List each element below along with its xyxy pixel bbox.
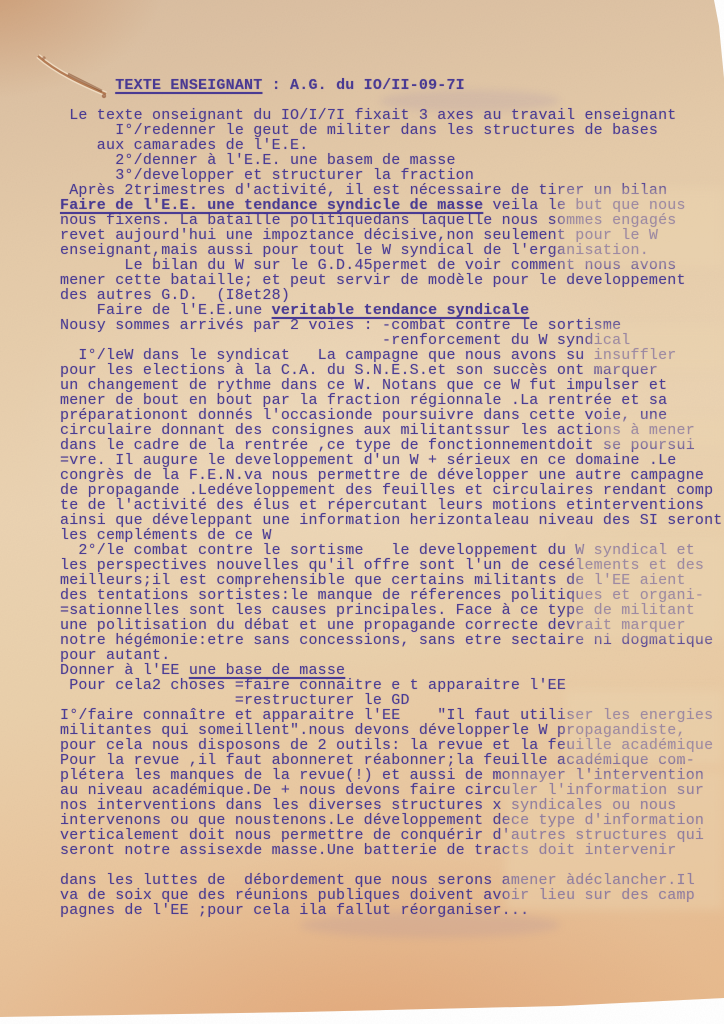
- text-line: nos interventions dans les diverses stru…: [60, 798, 724, 813]
- text-line: au niveau académique.De + nous devons fa…: [60, 783, 724, 798]
- text-line: plétera les manques de la revue(!) et au…: [60, 768, 724, 783]
- text-line: seront notre assisexde masse.Une batteri…: [60, 843, 724, 858]
- text-line: Faire de l'E.E.une veritable tendance sy…: [60, 303, 724, 318]
- text-line: dans les luttes de débordement que nous …: [60, 873, 724, 888]
- text-line: aux camarades de l'E.E.: [60, 138, 724, 153]
- text-line: =sationnelles sont les causes principale…: [60, 603, 724, 618]
- text-line: un changement de rythme dans ce W. Notan…: [60, 378, 724, 393]
- text-line: -renforcement du W syndical: [60, 333, 724, 348]
- text-line: mener cette bataille; et peut servir de …: [60, 273, 724, 288]
- text-line: Nousy sommes arrivés par 2 voies : -comb…: [60, 318, 724, 333]
- text-line: des tentations sortistes:le manque de ré…: [60, 588, 724, 603]
- text-line: notre hégémonie:etre sans concessions, s…: [60, 633, 724, 648]
- text-line: intervenons ou que noustenons.Le dévelop…: [60, 813, 724, 828]
- text-line: pour autant.: [60, 648, 724, 663]
- text-line: 2°/denner à l'E.E. une basem de masse: [60, 153, 724, 168]
- text-line: des autres G.D. (I8et28): [60, 288, 724, 303]
- text-line: Le bilan du W sur le G.D.45permet de voi…: [60, 258, 724, 273]
- text-line: Pour la revue ,il faut abonneret réabonn…: [60, 753, 724, 768]
- text-line: Pour cela2 choses =faire connaitre e t a…: [60, 678, 724, 693]
- text-line: congrès de la F.E.N.va nous permettre de…: [60, 468, 724, 483]
- text-line: =vre. Il augure le developpement d'un W …: [60, 453, 724, 468]
- text-line: TEXTE ENSEIGNANT : A.G. du IO/II-09-7I: [60, 78, 724, 93]
- text-line: circulaire donnant des consignes aux mil…: [60, 423, 724, 438]
- text-line: I°/leW dans le syndicat La campagne que …: [60, 348, 724, 363]
- text-line: [60, 858, 724, 873]
- text-line: mener de bout en bout par la fraction ré…: [60, 393, 724, 408]
- text-line: une politisation du débat et une propaga…: [60, 618, 724, 633]
- text-line: militantes qui someillent".nous devons d…: [60, 723, 724, 738]
- text-line: dans le cadre de la rentrée ,ce type de …: [60, 438, 724, 453]
- text-line: pour les elections à la C.A. du S.N.E.S.…: [60, 363, 724, 378]
- text-line: te de l'activité des élus et répercutant…: [60, 498, 724, 513]
- text-line: pour cela nous disposons de 2 outils: la…: [60, 738, 724, 753]
- text-line: 3°/developper et structurer la fraction: [60, 168, 724, 183]
- text-line: Après 2trimestres d'activité, il est néc…: [60, 183, 724, 198]
- text-line: [60, 93, 724, 108]
- text-line: les cempléments de ce W: [60, 528, 724, 543]
- text-line: les perspectives nouvelles qu'il offre s…: [60, 558, 724, 573]
- text-line: enseignant,mais aussi pour tout le W syn…: [60, 243, 724, 258]
- text-line: Faire de l'E.E. une tendance syndicle de…: [60, 198, 724, 213]
- text-line: Donner à l'EE une base de masse: [60, 663, 724, 678]
- text-line: meilleurs;il est comprehensible que cert…: [60, 573, 724, 588]
- text-line: I°/faire connaître et apparaitre l'EE "I…: [60, 708, 724, 723]
- text-line: préparationont donnés l'occasionde pours…: [60, 408, 724, 423]
- text-line: de propagande .Ledéveloppement des feuil…: [60, 483, 724, 498]
- text-line: I°/redenner le geut de militer dans les …: [60, 123, 724, 138]
- text-line: pagnes de l'EE ;pour cela ila fallut réo…: [60, 903, 724, 918]
- text-line: ainsi que déveleppant une information he…: [60, 513, 724, 528]
- text-line: 2°/le combat contre le sortisme le devel…: [60, 543, 724, 558]
- text-line: nous fixens. La bataille politiquedans l…: [60, 213, 724, 228]
- document-text: TEXTE ENSEIGNANT : A.G. du IO/II-09-7I L…: [60, 78, 724, 918]
- text-line: revet aujourd'hui une impoztance décisiv…: [60, 228, 724, 243]
- text-line: =restructurer le GD: [60, 693, 724, 708]
- text-line: va de soix que des réunions publiques do…: [60, 888, 724, 903]
- text-line: verticalement doit nous permettre de con…: [60, 828, 724, 843]
- text-line: Le texte onseignant du IO/I/7I fixait 3 …: [60, 108, 724, 123]
